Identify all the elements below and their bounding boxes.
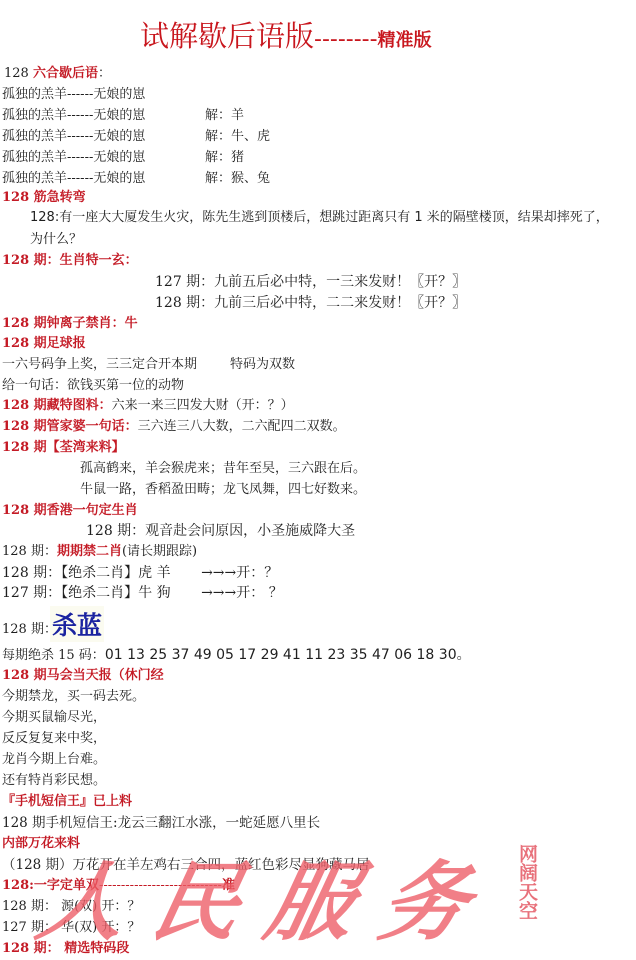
mahui-line-5: 还有特肖彩民想。 — [2, 773, 106, 789]
animals: 虎 羊 — [138, 565, 170, 581]
shengxiao-line-127: 127 期：九前五后必中特，一三来发财！〖开？〗 — [155, 273, 466, 291]
riddle-line-1: 128:有一座大大厦发生火灾，陈先生逃到顶楼后，想跳过距离只有 1 米的隔壁楼顶… — [30, 209, 609, 227]
shalan-prefix: 128 期： — [2, 622, 57, 638]
sms-heading: 『手机短信王』已上料 — [2, 794, 132, 810]
shengxiao-line-128: 128 期：九前三后必中特，二二来发财！〖开？〗 — [155, 294, 466, 312]
mahui-line-4: 龙肖今期上台难。 — [2, 752, 106, 768]
watermark-side: 网阔天空 — [514, 844, 540, 920]
mahui-line-2: 今期买鼠输尽光， — [2, 710, 106, 726]
liuhe-answer-5: 解：猴、兔 — [205, 171, 270, 187]
liuhe-line-4: 孤独的羔羊------无娘的崽 — [2, 150, 145, 166]
label: 【绝杀二肖】 — [61, 585, 138, 601]
liuhe-line-3: 孤独的羔羊------无娘的崽 — [2, 129, 145, 145]
zhongli-heading: 128 期钟离子禁肖：牛 — [2, 316, 138, 332]
title-subtitle: 精准版 — [378, 30, 432, 51]
jin2-heading-row: 128 期：期期禁二肖(请长期跟踪) — [2, 544, 197, 560]
mahui-line-3: 反反复复来中奖， — [2, 731, 106, 747]
heading-text: 六合歇后语 — [33, 66, 98, 81]
liuhe-answer-4: 解：猪 — [205, 150, 244, 166]
riddle-heading: 128 筋急转弯 — [2, 190, 86, 206]
jin2-row-127: 127 期：【绝杀二肖】牛 狗 →→→开： ？ — [2, 585, 283, 601]
football-line-1: 一六号码争上奖，三三定合开本期 — [2, 357, 197, 373]
shengxiao-heading: 128 期：生肖特一玄： — [2, 253, 138, 269]
liuhe-line-2: 孤独的羔羊------无娘的崽 — [2, 108, 145, 124]
quanwan-line-1: 孤高鹤来，羊会猴虎来；昔年至旲，三六跟在后。 — [80, 461, 366, 477]
cangte-text: 六来一来三四发大财（开：？） — [112, 398, 294, 413]
liuhe-answer-3: 解：牛、虎 — [205, 129, 270, 145]
kill15-label: 每期绝杀 15 码： — [2, 648, 105, 663]
cangte-row: 128 期藏特图料：六来一来三四发大财（开：？） — [2, 398, 294, 414]
watermark-main: 人民服务 — [28, 848, 507, 958]
title-main: 试解歇后语版 — [140, 19, 314, 53]
jin2-row-128: 128 期：【绝杀二肖】虎 羊 →→→开：？ — [2, 565, 278, 581]
period: 128 期： — [2, 565, 61, 581]
guanjia-heading: 128 期管家婆一句话： — [2, 419, 138, 434]
hongkong-heading: 128 期香港一句定生肖 — [2, 503, 138, 519]
riddle-line-2: 为什么？ — [30, 232, 82, 248]
animals: 牛 狗 — [138, 585, 170, 601]
sms-text: 128 期手机短信王:龙云三翻江水涨，一蛇延愿八里长 — [2, 815, 320, 831]
football-heading: 128 期足球报 — [2, 336, 86, 352]
quanwan-line-2: 牛鼠一路，香稻盈田畴；龙飞凤舞，四七好数来。 — [80, 482, 366, 498]
liuhe-heading: 128 六合歇后语： — [4, 66, 111, 82]
arrows: →→→ — [201, 565, 236, 581]
quanwan-heading: 128 期【荃湾来料】 — [2, 440, 125, 456]
liuhe-line-5: 孤独的羔羊------无娘的崽 — [2, 171, 145, 187]
open-result: 开：？ — [236, 565, 278, 581]
mahui-line-1: 今期禁龙，买一码去死。 — [2, 689, 145, 705]
guanjia-text: 三六连三八大数，二六配四二双数。 — [138, 419, 346, 434]
shalan-value: 杀蓝 — [50, 606, 104, 642]
football-line-1b: 特码为双数 — [230, 357, 295, 373]
mahui-heading: 128 期马会当天报（休门经 — [2, 668, 164, 684]
arrows: →→→ — [201, 585, 236, 601]
liuhe-answer-2: 解：羊 — [205, 108, 244, 124]
period: 127 期： — [2, 585, 61, 601]
page-title: 试解歇后语版--------精准版 — [140, 14, 432, 55]
hongkong-text: 128 期：观音赴会问原因，小圣施威降大圣 — [86, 522, 355, 540]
label: 【绝杀二肖】 — [61, 565, 138, 581]
kill15-numbers: 01 13 25 37 49 05 17 29 41 11 23 35 47 0… — [105, 647, 471, 663]
guanjia-row: 128 期管家婆一句话：三六连三八大数，二六配四二双数。 — [2, 419, 346, 435]
period-number: 128 — [4, 66, 29, 81]
jin2-prefix: 128 期： — [2, 544, 57, 559]
colon: ： — [98, 66, 111, 81]
kill15-row: 每期绝杀 15 码：01 13 25 37 49 05 17 29 41 11 … — [2, 647, 471, 664]
jin2-note: (请长期跟踪) — [122, 544, 197, 559]
football-line-2: 给一句话：欲钱买第一位的动物 — [2, 378, 184, 394]
liuhe-line-1: 孤独的羔羊------无娘的崽 — [2, 87, 145, 103]
title-dashes: -------- — [314, 27, 378, 52]
cangte-heading: 128 期藏特图料： — [2, 398, 112, 413]
open-result: 开： ？ — [236, 585, 282, 601]
jin2-heading: 期期禁二肖 — [57, 544, 122, 559]
